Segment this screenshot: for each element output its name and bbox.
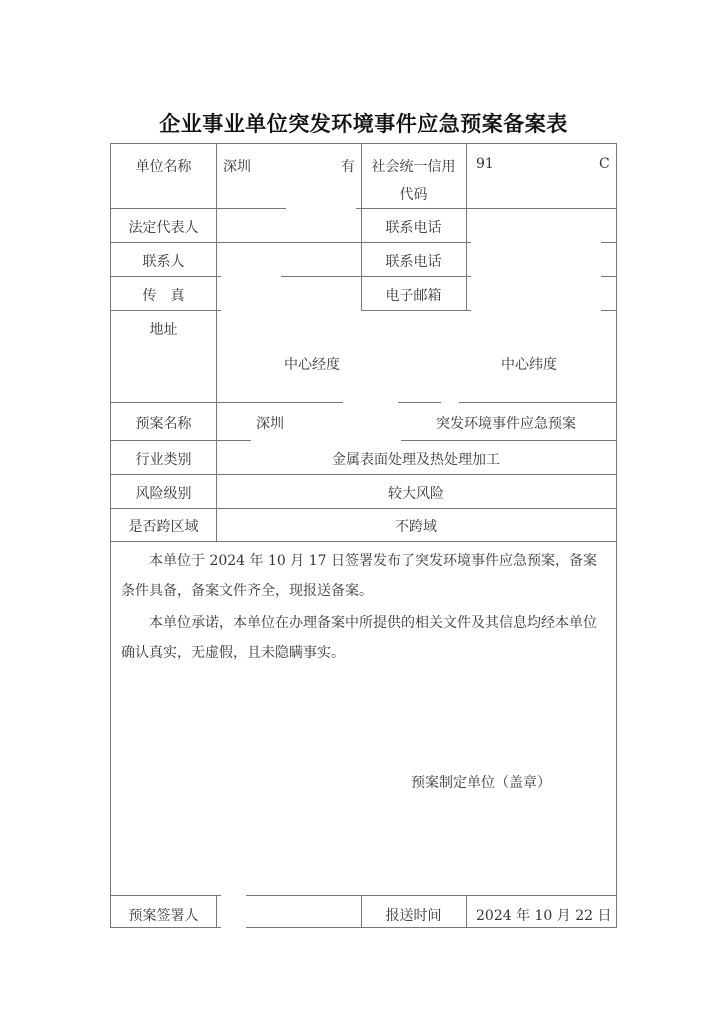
filing-form-table: 单位名称 深圳 有 社会统一信用 代码 91 C 法定代表人 联系电话 联系人 … [110,143,617,928]
credit-code-value-end: C [599,156,610,172]
industry-label: 行业类别 [111,449,216,469]
longitude-label: 中心经度 [284,354,340,374]
unit-name-value-start: 深圳 [223,156,251,176]
submit-time-value: 2024 年 10 月 22 日 [476,905,612,925]
row-divider [111,895,616,896]
col-divider [216,144,217,541]
plan-name-label: 预案名称 [111,413,216,433]
col-divider [466,895,467,928]
fax-label: 传 真 [111,285,216,305]
risk-label: 风险级别 [111,483,216,503]
contact-label: 联系人 [111,251,216,271]
credit-code-value-start: 91 [476,156,494,172]
legal-rep-label: 法定代表人 [111,217,216,237]
statement-para-2: 本单位承诺，本单位在办理备案中所提供的相关文件及其信息均经本单位确认真实，无虚假… [121,608,608,668]
address-label: 地址 [111,319,216,339]
statement-para-1: 本单位于 2024 年 10 月 17 日签署发布了突发环境事件应急预案，备案条… [121,546,608,606]
seal-label: 预案制定单位（盖章） [411,772,551,792]
cross-region-label: 是否跨区域 [111,516,216,536]
col-divider [216,895,217,928]
unit-name-value-end: 有 [341,156,355,176]
cross-region-value: 不跨域 [216,516,616,536]
industry-value: 金属表面处理及热处理加工 [216,449,616,469]
form-title: 企业事业单位突发环境事件应急预案备案表 [0,108,727,138]
submit-time-label: 报送时间 [361,905,466,925]
phone-label-2: 联系电话 [361,251,466,271]
unit-name-label: 单位名称 [111,156,216,176]
risk-value: 较大风险 [216,483,616,503]
row-divider [111,474,616,475]
row-divider [111,208,616,209]
plan-name-value-end: 突发环境事件应急预案 [436,413,576,433]
latitude-label: 中心纬度 [501,354,557,374]
row-divider [111,508,616,509]
col-divider [466,144,467,310]
row-divider [111,541,616,542]
credit-code-label-2: 代码 [361,184,466,204]
phone-label-1: 联系电话 [361,217,466,237]
plan-name-value-start: 深圳 [256,413,284,433]
credit-code-label: 社会统一信用 [361,156,466,176]
email-label: 电子邮箱 [361,285,466,305]
signer-label: 预案签署人 [111,905,216,925]
